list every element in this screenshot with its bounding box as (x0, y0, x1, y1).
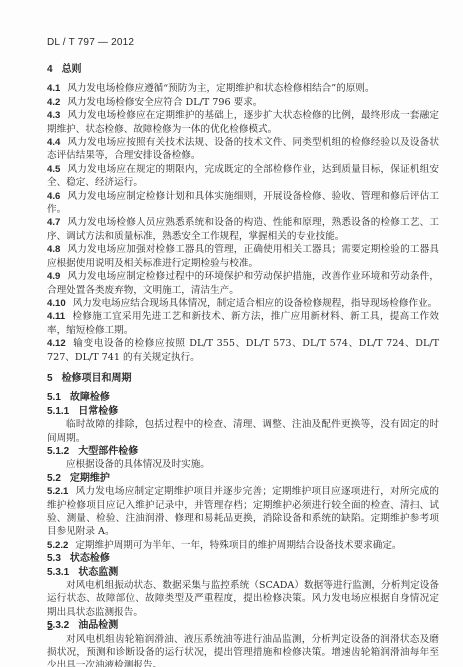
clause-4-10: 4.10风力发电场应结合现场具体情况，制定适合相应的设备检修规程，指导现场检修作… (47, 297, 439, 310)
clause-4-6: 4.6风力发电场应制定检修计划和具体实施细则，开展设备检修、验收、管理和修后评估… (47, 190, 439, 217)
clause-4-9: 4.9风力发电场应制定检修过程中的环境保护和劳动保护措施，改善作业环境和劳动条件… (47, 270, 439, 297)
clause-text: 风力发电场应按照有关技术法规、设备的技术文件、同类型机组的检修经验以及设备状态评… (47, 137, 439, 161)
clause-4-3: 4.3风力发电场检修应在定期维护的基础上，逐步扩大状态检修的比例，最终形成一套融… (47, 109, 439, 136)
chapter-number: 4 (47, 64, 53, 75)
clause-text: 风力发电场应制定检修计划和具体实施细则，开展设备检修、验收、管理和修后评估工作。 (47, 191, 439, 215)
section-title: 大型部件检修 (78, 446, 138, 457)
standard-code-header: DL / T 797 — 2012 (47, 37, 134, 48)
clause-5-2-1: 5.2.1风力发电场应制定定期维护项目并逐步完善；定期维护项目应逐项进行，对所完… (47, 485, 439, 539)
clause-number: 4.8 (47, 244, 60, 255)
document-page: DL / T 797 — 2012 4总则 4.1风力发电场检修应遵循“预防为主… (0, 0, 463, 667)
section-title: 定期维护 (70, 473, 110, 484)
clause-5-2-2: 5.2.2定期维护周期可为半年、一年，特殊项目的维护周期结合设备技术要求确定。 (47, 539, 439, 552)
section-title: 状态监测 (78, 567, 118, 578)
clause-text: 风力发电场应加强对检修工器具的管理，正确使用相关工器具；需要定期检验的工器具应根… (47, 244, 439, 268)
section-title: 状态检修 (70, 553, 110, 564)
clause-4-2: 4.2风力发电场检修安全应符合 DL/T 796 要求。 (47, 96, 439, 109)
section-title: 油品检测 (78, 620, 118, 631)
section-5-1-1-text: 临时故障的排除，包括过程中的检查、清理、调整、注油及配件更换等，没有固定的时间周… (47, 418, 439, 445)
clause-text: 风力发电场检修安全应符合 DL/T 796 要求。 (67, 97, 262, 108)
section-title: 日常检修 (78, 406, 118, 417)
section-5-3-2-heading: 5.3.2油品检测 (47, 619, 439, 632)
clause-number: 4.2 (47, 97, 60, 108)
chapter-5-heading: 5检修项目和周期 (47, 372, 439, 385)
clause-text: 检修施工宜采用先进工艺和新技术、新方法，推广应用新材料、新工具，提高工作效率，缩… (47, 311, 439, 335)
clause-number: 4.10 (47, 298, 66, 309)
clause-text: 定期维护周期可为半年、一年，特殊项目的维护周期结合设备技术要求确定。 (75, 540, 401, 551)
page-number: 2 (47, 623, 53, 633)
section-number: 5.1 (47, 392, 61, 403)
clause-number: 4.4 (47, 137, 60, 148)
clause-4-1: 4.1风力发电场检修应遵循“预防为主，定期维护和状态检修相结合”的原则。 (47, 82, 439, 95)
section-title: 故障检修 (70, 392, 110, 403)
document-body: 4总则 4.1风力发电场检修应遵循“预防为主，定期维护和状态检修相结合”的原则。… (47, 63, 439, 667)
clause-4-4: 4.4风力发电场应按照有关技术法规、设备的技术文件、同类型机组的检修经验以及设备… (47, 136, 439, 163)
clause-number: 4.12 (47, 338, 66, 349)
chapter-title: 总则 (62, 64, 82, 75)
section-number: 5.3 (47, 553, 61, 564)
section-number: 5.3.1 (47, 567, 69, 578)
section-5-1-2-text: 应根据设备的具体情况及时实施。 (47, 458, 439, 471)
section-number: 5.1.2 (47, 446, 69, 457)
clause-4-7: 4.7风力发电场检修人员应熟悉系统和设备的构造、性能和原理，熟悉设备的检修工艺、… (47, 216, 439, 243)
section-number: 5.1.1 (47, 406, 69, 417)
clause-text: 风力发电场应制定检修过程中的环境保护和劳动保护措施，改善作业环境和劳动条件，合理… (47, 271, 439, 295)
clause-text: 输变电设备的检修应按照 DL/T 355、DL/T 573、DL/T 574、D… (47, 338, 439, 362)
section-5-1-1-heading: 5.1.1日常检修 (47, 405, 439, 418)
section-5-3-heading: 5.3状态检修 (47, 552, 439, 565)
clause-number: 4.7 (47, 217, 60, 228)
chapter-title: 检修项目和周期 (62, 373, 132, 384)
clause-text: 风力发电场检修人员应熟悉系统和设备的构造、性能和原理，熟悉设备的检修工艺、工序、… (47, 217, 439, 241)
clause-text: 风力发电场应结合现场具体情况，制定适合相应的设备检修规程，指导现场检修作业。 (73, 298, 438, 309)
section-5-2-heading: 5.2定期维护 (47, 472, 439, 485)
clause-text: 风力发电场检修应在定期维护的基础上，逐步扩大状态检修的比例，最终形成一套融定期维… (47, 110, 439, 134)
chapter-4-heading: 4总则 (47, 63, 439, 76)
section-5-3-1-text: 对风电机组振动状态、数据采集与监控系统（SCADA）数据等进行监测，分析判定设备… (47, 579, 439, 619)
clause-number: 4.9 (47, 271, 60, 282)
clause-4-12: 4.12输变电设备的检修应按照 DL/T 355、DL/T 573、DL/T 5… (47, 337, 439, 364)
chapter-number: 5 (47, 373, 53, 384)
clause-text: 风力发电场应在规定的期限内，完成既定的全部检修作业，达到质量目标，保证机组安全、… (47, 164, 439, 188)
clause-number: 5.2.2 (47, 540, 68, 551)
clause-number: 4.6 (47, 191, 60, 202)
clause-number: 4.3 (47, 110, 60, 121)
clause-number: 4.11 (47, 311, 65, 322)
clause-4-11: 4.11检修施工宜采用先进工艺和新技术、新方法，推广应用新材料、新工具，提高工作… (47, 310, 439, 337)
clause-number: 4.5 (47, 164, 60, 175)
clause-4-5: 4.5风力发电场应在规定的期限内，完成既定的全部检修作业，达到质量目标，保证机组… (47, 163, 439, 190)
section-5-1-2-heading: 5.1.2大型部件检修 (47, 445, 439, 458)
section-5-1-heading: 5.1故障检修 (47, 391, 439, 404)
clause-text: 风力发电场检修应遵循“预防为主，定期维护和状态检修相结合”的原则。 (67, 83, 374, 94)
section-5-3-1-heading: 5.3.1状态监测 (47, 566, 439, 579)
section-number: 5.2 (47, 473, 61, 484)
clause-4-8: 4.8风力发电场应加强对检修工器具的管理，正确使用相关工器具；需要定期检验的工器… (47, 243, 439, 270)
clause-number: 5.2.1 (47, 486, 68, 497)
section-5-3-2-text: 对风电机组齿轮箱润滑油、液压系统油等进行油品监测，分析判定设备的润滑状态及磨损状… (47, 633, 439, 667)
clause-text: 风力发电场应制定定期维护项目并逐步完善；定期维护项目应逐项进行，对所完成的维护检… (47, 486, 439, 537)
clause-number: 4.1 (47, 83, 60, 94)
